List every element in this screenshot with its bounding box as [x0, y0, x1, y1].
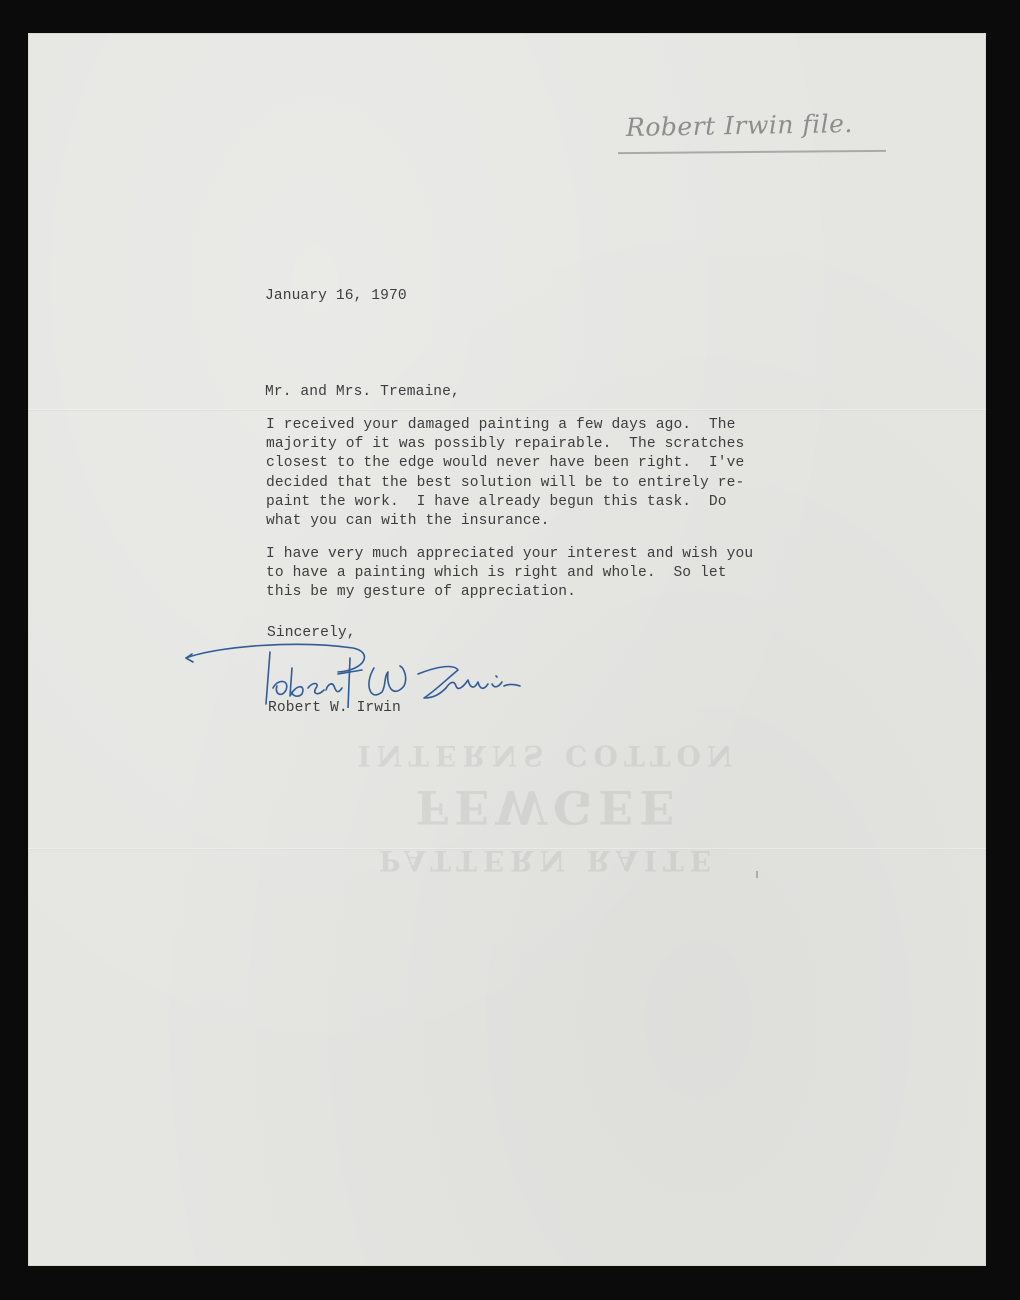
- paper-watermark: PATTERN RAITE FEWGEE INTERNS COTTON: [338, 723, 758, 883]
- letter-page: Robert Irwin file. January 16, 1970 Mr. …: [28, 33, 986, 1266]
- fold-line-upper: [28, 409, 986, 411]
- scan-frame: Robert Irwin file. January 16, 1970 Mr. …: [0, 0, 1020, 1300]
- watermark-line-3: INTERNS COTTON: [338, 739, 758, 772]
- watermark-line-1: PATTERN RAITE: [338, 844, 758, 877]
- letter-salutation: Mr. and Mrs. Tremaine,: [265, 383, 460, 402]
- watermark-line-2: FEWGEE: [338, 780, 758, 834]
- typed-signatory-name: Robert W. Irwin: [268, 699, 401, 718]
- letter-paragraph-2: I have very much appreciated your intere…: [266, 545, 753, 603]
- handwritten-file-note: Robert Irwin file.: [626, 109, 853, 142]
- handwritten-signature: [178, 638, 548, 708]
- letter-paragraph-1: I received your damaged painting a few d…: [266, 416, 744, 531]
- letter-date: January 16, 1970: [265, 287, 407, 306]
- paper-speck: [756, 871, 758, 878]
- handwritten-underline: [618, 150, 886, 154]
